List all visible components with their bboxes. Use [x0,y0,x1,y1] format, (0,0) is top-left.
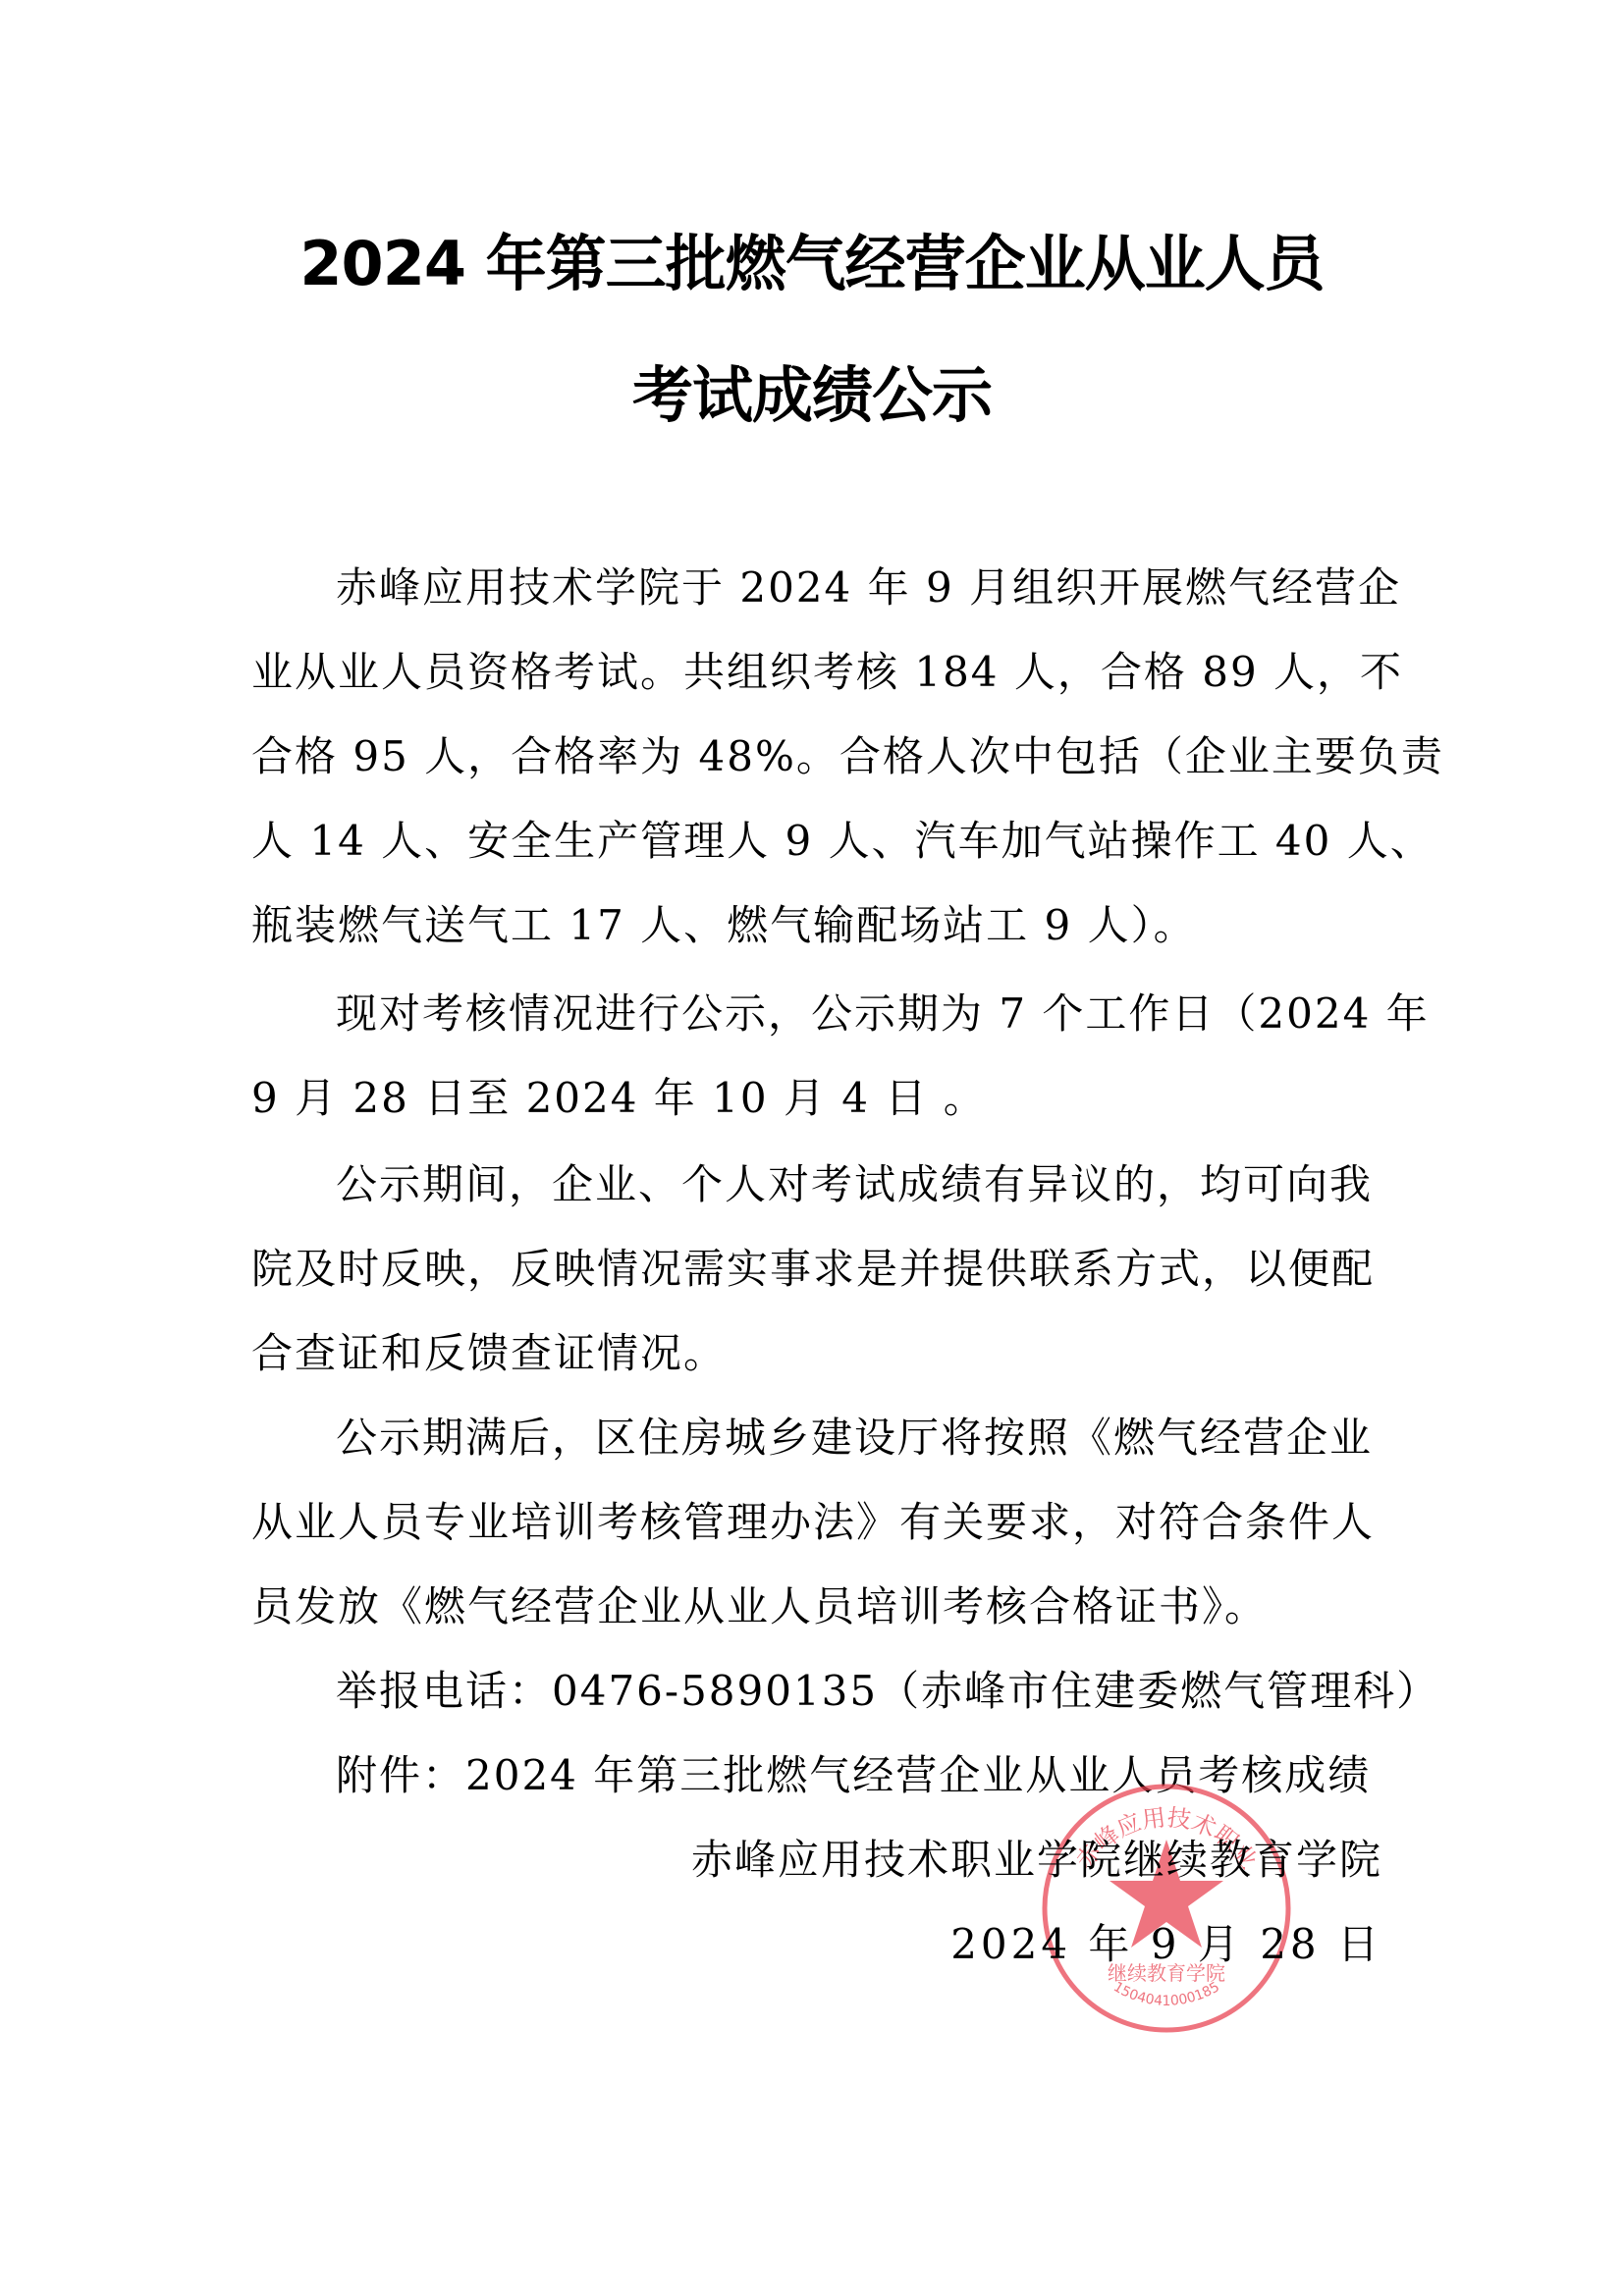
paragraph-1-line-5: 瓶装燃气送气工 17 人、燃气输配场站工 9 人）。 [251,905,1382,946]
paragraph-4-line-2: 从业人员专业培训考核管理办法》有关要求，对符合条件人 [251,1502,1382,1543]
paragraph-3-line-2: 院及时反映，反映情况需实事求是并提供联系方式，以便配 [251,1249,1382,1290]
paragraph-3-line-3: 合查证和反馈查证情况。 [251,1333,1382,1374]
paragraph-4-line-3: 员发放《燃气经营企业从业人员培训考核合格证书》。 [251,1586,1382,1628]
paragraph-1-line-4: 人 14 人、安全生产管理人 9 人、汽车加气站操作工 40 人、 [251,821,1382,862]
paragraph-4-line-1: 公示期满后，区住房城乡建设厅将按照《燃气经营企业 [336,1417,1382,1459]
hotline: 举报电话：0476-5890135（赤峰市住建委燃气管理科） [336,1671,1382,1712]
document-title-line-1: 2024 年第三批燃气经营企业从业人员 [0,234,1624,294]
paragraph-1-line-1: 赤峰应用技术学院于 2024 年 9 月组织开展燃气经营企 [336,567,1382,609]
signature-date: 2024 年 9 月 28 日 [251,1924,1382,1965]
paragraph-1-line-2: 业从业人员资格考试。共组织考核 184 人，合格 89 人，不 [251,652,1382,693]
paragraph-2-line-2: 9 月 28 日至 2024 年 10 月 4 日 。 [251,1078,1382,1119]
paragraph-3-line-1: 公示期间，企业、个人对考试成绩有异议的，均可向我 [336,1164,1382,1205]
document-title-line-2: 考试成绩公示 [0,365,1624,426]
paragraph-2-line-1: 现对考核情况进行公示，公示期为 7 个工作日（2024 年 [336,993,1382,1035]
document-page: 2024 年第三批燃气经营企业从业人员 考试成绩公示 赤峰应用技术学院于 202… [0,0,1624,2296]
official-seal-icon: 赤峰应用技术职业 继续教育学院 1504041000185 [1037,1779,1296,2038]
signature-organization: 赤峰应用技术职业学院继续教育学院 [251,1840,1382,1881]
paragraph-1-line-3: 合格 95 人，合格率为 48%。合格人次中包括（企业主要负责 [251,736,1382,777]
